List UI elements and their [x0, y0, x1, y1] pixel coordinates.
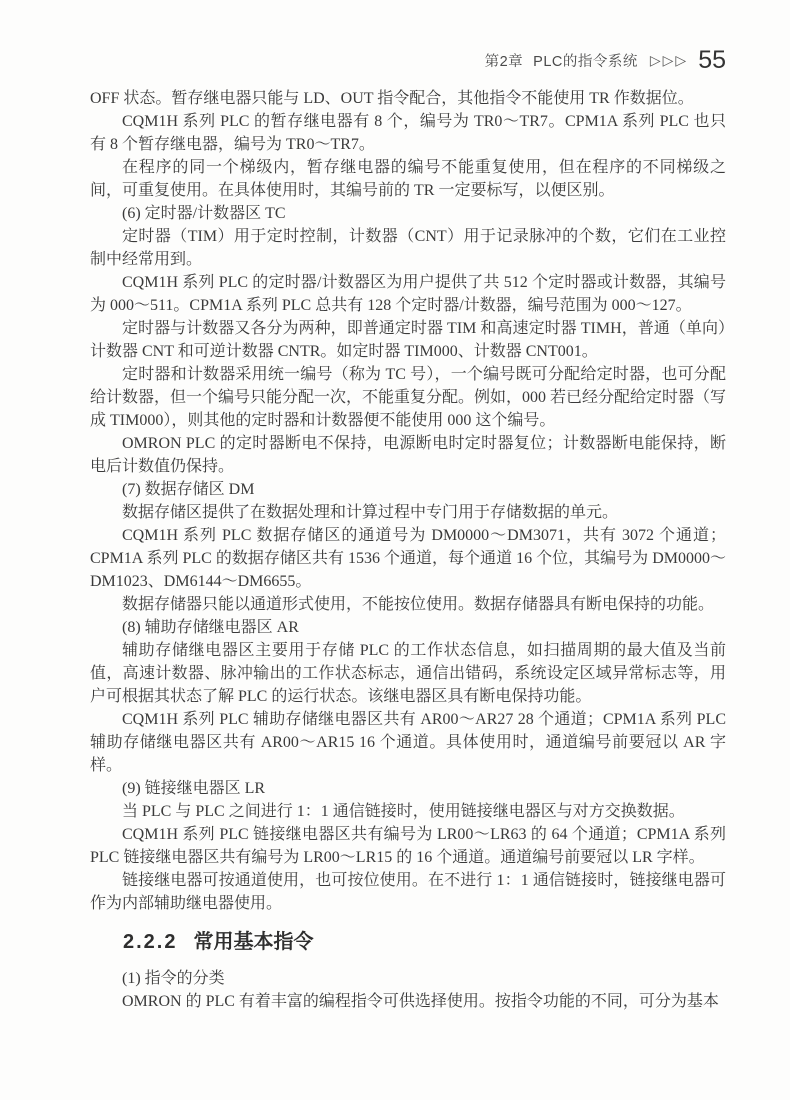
body-paragraph: CQM1H 系列 PLC 的暂存继电器有 8 个，编号为 TR0～TR7。CPM… — [90, 110, 726, 156]
body-paragraph: CQM1H 系列 PLC 数据存储区的通道号为 DM0000～DM3071，共有… — [90, 524, 726, 593]
section-heading: 2.2.2常用基本指令 — [90, 929, 726, 955]
body-paragraph: OMRON 的 PLC 有着丰富的编程指令可供选择使用。按指令功能的不同，可分为… — [90, 990, 726, 1013]
body-paragraph: CQM1H 系列 PLC 辅助存储继电器区共有 AR00～AR27 28 个通道… — [90, 708, 726, 777]
list-item-heading: (1) 指令的分类 — [90, 967, 726, 990]
body-text: OFF 状态。暂存继电器只能与 LD、OUT 指令配合，其他指令不能使用 TR … — [90, 87, 726, 1013]
body-paragraph: OFF 状态。暂存继电器只能与 LD、OUT 指令配合，其他指令不能使用 TR … — [90, 87, 726, 110]
body-paragraph: CQM1H 系列 PLC 链接继电器区共有编号为 LR00～LR63 的 64 … — [90, 823, 726, 869]
list-item-heading: (6) 定时器/计数器区 TC — [90, 202, 726, 225]
body-paragraph: 定时器（TIM）用于定时控制，计数器（CNT）用于记录脉冲的个数，它们在工业控制… — [90, 225, 726, 271]
running-header: 第2章 PLC的指令系统 ▷▷▷ 55 — [90, 48, 726, 73]
triangle-arrows-icon: ▷▷▷ — [650, 53, 688, 69]
body-paragraph: 定时器与计数器又各分为两种，即普通定时器 TIM 和高速定时器 TIMH，普通（… — [90, 317, 726, 363]
body-paragraph: 在程序的同一个梯级内，暂存继电器的编号不能重复使用，但在程序的不同梯级之间，可重… — [90, 156, 726, 202]
body-paragraph: 定时器和计数器采用统一编号（称为 TC 号），一个编号既可分配给定时器，也可分配… — [90, 363, 726, 432]
list-item-heading: (7) 数据存储区 DM — [90, 478, 726, 501]
body-paragraph: 当 PLC 与 PLC 之间进行 1：1 通信链接时，使用链接继电器区与对方交换… — [90, 800, 726, 823]
section-number: 2.2.2 — [123, 931, 177, 953]
section-title: 常用基本指令 — [193, 931, 313, 953]
chapter-label: 第2章 — [485, 50, 524, 71]
book-page: 第2章 PLC的指令系统 ▷▷▷ 55 OFF 状态。暂存继电器只能与 LD、O… — [0, 0, 790, 1100]
chapter-title: PLC的指令系统 — [533, 50, 638, 71]
body-paragraph: 链接继电器可按通道使用，也可按位使用。在不进行 1：1 通信链接时，链接继电器可… — [90, 869, 726, 915]
page-number: 55 — [698, 48, 726, 73]
body-paragraph: CQM1H 系列 PLC 的定时器/计数器区为用户提供了共 512 个定时器或计… — [90, 271, 726, 317]
list-item-heading: (8) 辅助存储继电器区 AR — [90, 616, 726, 639]
body-paragraph: 数据存储区提供了在数据处理和计算过程中专门用于存储数据的单元。 — [90, 501, 726, 524]
body-paragraph: 辅助存储继电器区主要用于存储 PLC 的工作状态信息，如扫描周期的最大值及当前值… — [90, 639, 726, 708]
list-item-heading: (9) 链接继电器区 LR — [90, 777, 726, 800]
body-paragraph: 数据存储器只能以通道形式使用，不能按位使用。数据存储器具有断电保持的功能。 — [90, 593, 726, 616]
body-paragraph: OMRON PLC 的定时器断电不保持，电源断电时定时器复位；计数器断电能保持，… — [90, 432, 726, 478]
